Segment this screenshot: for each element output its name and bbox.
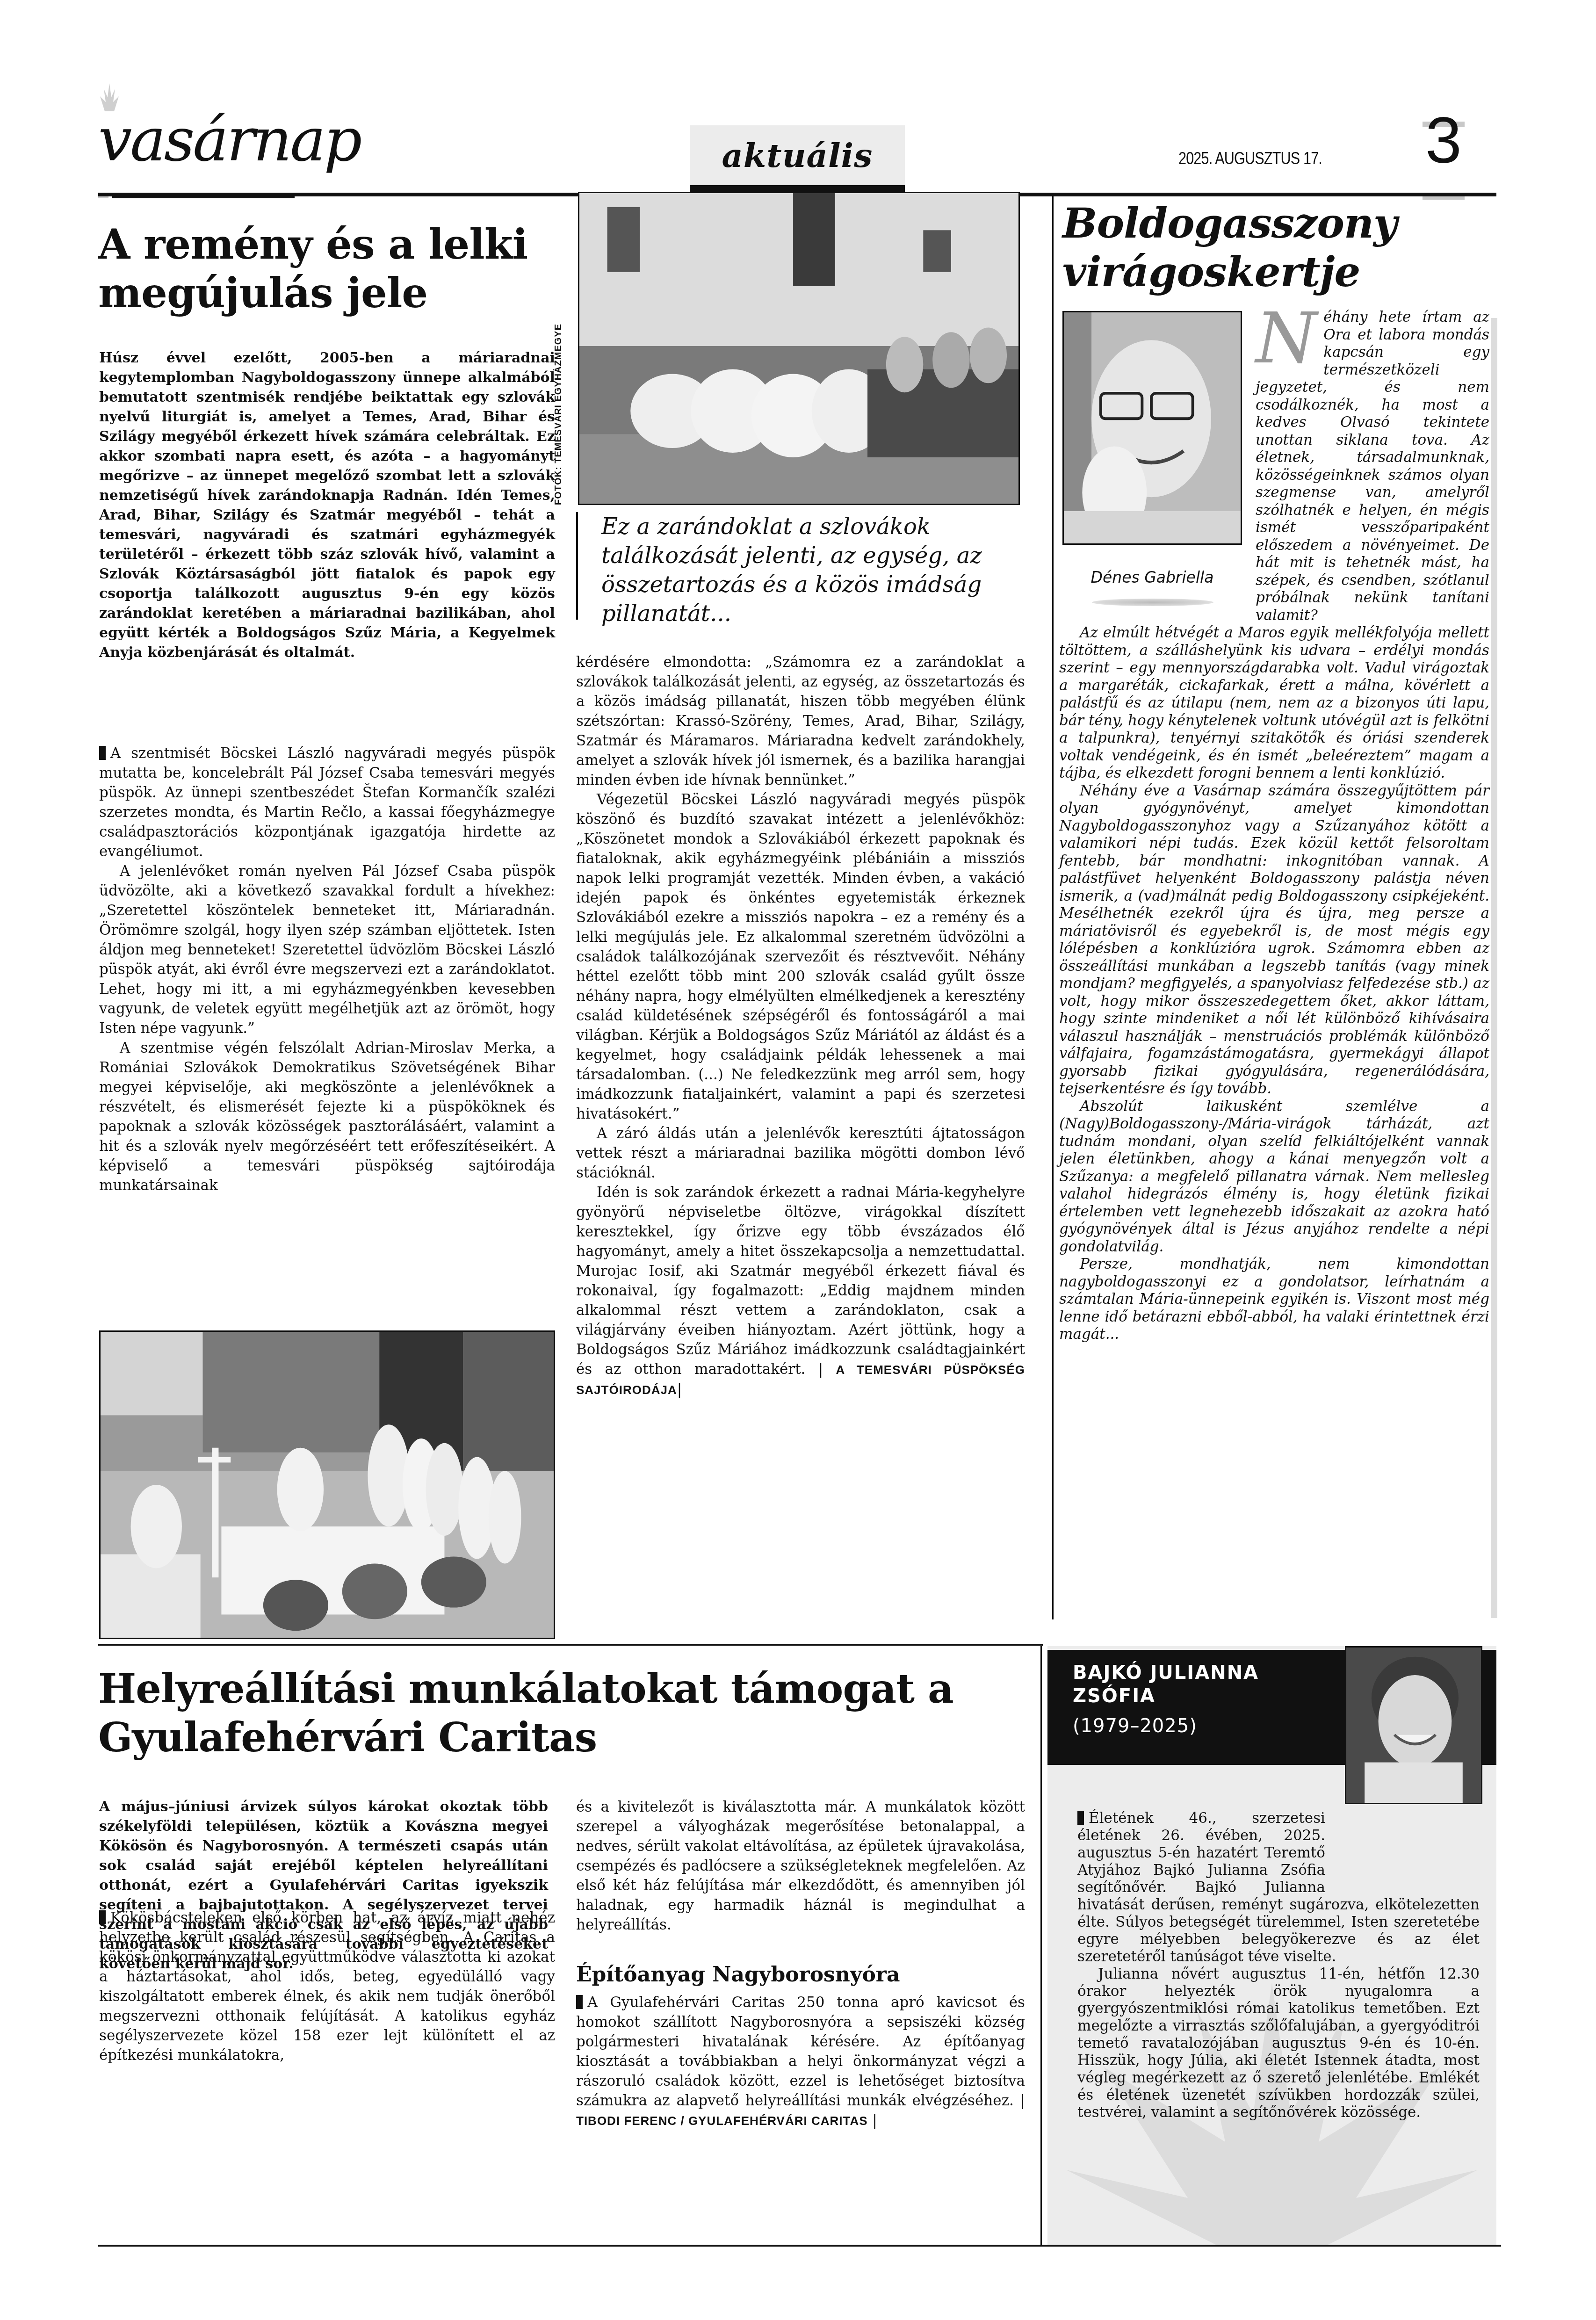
masthead: vasárnap aktuális 2025. AUGUSZTUS 17. 3	[98, 94, 1496, 201]
paragraph: és a kivitelezőt is kiválasztotta már. A…	[576, 1797, 1025, 1935]
paragraph: Abszolút laikusként szemlélve a (Nagy)Bo…	[1059, 1098, 1489, 1256]
photo-pilgrims-in-pews[interactable]	[578, 192, 1020, 505]
section-label: aktuális	[722, 136, 873, 175]
article-column-2: és a kivitelezőt is kiválasztotta már. A…	[576, 1797, 1025, 2131]
paragraph: kérdésére elmondotta: „Számomra ez a zar…	[576, 652, 1025, 790]
obituary-name: BAJKÓ JULIANNA ZSÓFIA	[1073, 1661, 1335, 1708]
obituary-body: Életének 46., szerzetesi életének 26. év…	[1077, 1810, 1480, 2121]
paragraph: Idén is sok zarándok érkezett a radnai M…	[576, 1183, 1025, 1400]
obituary-portrait[interactable]	[1345, 1646, 1482, 1804]
drop-cap: N	[1256, 311, 1317, 367]
paragraph: Persze, mondhatják, nem kimondottan nagy…	[1059, 1256, 1489, 1344]
photo-credit: FOTÓK: TEMESVÁRI EGYHÁZMEGYE	[553, 324, 564, 505]
paragraph: Végezetül Böcskei László nagyváradi megy…	[576, 790, 1025, 1124]
article-byline: TIBODI FERENC / GYULAFEHÉRVÁRI CARITAS	[576, 2114, 868, 2128]
paragraph-marker-icon	[99, 746, 106, 760]
obituary-years: (1979–2025)	[1073, 1715, 1197, 1737]
paragraph: A jelenlévőket román nyelven Pál József …	[99, 861, 555, 1038]
column-body: Néhány hete írtam az Ora et labora mondá…	[1059, 309, 1489, 1344]
paragraph: A szentmise végén felszólalt Adrian-Miro…	[99, 1038, 555, 1195]
pull-quote: Ez a zarándoklat a szlovákok találkozásá…	[576, 512, 1025, 620]
article-lead: Húsz évvel ezelőtt, 2005-ben a máriaradn…	[99, 348, 555, 663]
photo-mass-altar[interactable]	[99, 1330, 555, 1639]
article-headline: Helyreállítási munkálatokat támogat a Gy…	[98, 1665, 1010, 1762]
paragraph: A Gyulafehérvári Caritas 250 tonna apró …	[576, 1993, 1025, 2131]
obituary-box: BAJKÓ JULIANNA ZSÓFIA (1979–2025) Életén…	[1047, 1646, 1496, 2246]
footer-rule	[98, 2245, 1501, 2247]
issue-date: 2025. AUGUSZTUS 17.	[1178, 149, 1322, 168]
newspaper-logo[interactable]: vasárnap	[98, 103, 341, 178]
column-headline: Boldogasszony virágoskertje	[1062, 199, 1483, 296]
paragraph: A szentmisét Böcskei László nagyváradi m…	[99, 744, 555, 861]
column-accent-strip	[1491, 318, 1497, 1618]
page-number: 3	[1423, 103, 1465, 182]
paragraph: Kökösbácsteleken első körben hat, az árv…	[99, 1908, 555, 2065]
section-divider	[98, 1644, 1043, 1646]
paragraph-marker-icon	[1077, 1811, 1084, 1825]
paragraph: A záró áldás után a jelenlévők keresztút…	[576, 1124, 1025, 1183]
article-column-1: A szentmisét Böcskei László nagyváradi m…	[99, 744, 555, 1195]
paragraph: Az elmúlt hétvégét a Maros egyik mellékf…	[1059, 624, 1489, 782]
obituary-portrait-image	[1346, 1648, 1481, 1803]
mass-photo-image	[101, 1332, 554, 1638]
article-column-1: Kökösbácsteleken első körben hat, az árv…	[99, 1908, 555, 2065]
column-divider	[1040, 1646, 1042, 2246]
logo-text: vasárnap	[98, 103, 361, 178]
pilgrims-photo-image	[579, 193, 1018, 504]
paragraph: Julianna nővért augusztus 11-én, hétfőn …	[1077, 1966, 1480, 2121]
paragraph: Néhány éve a Vasárnap számára összegyűjt…	[1059, 782, 1489, 1098]
article-headline: A remény és a lelki megújulás jele	[98, 220, 561, 317]
paragraph-marker-icon	[576, 1995, 583, 2009]
paragraph-marker-icon	[99, 1910, 106, 1924]
article-column-2: kérdésére elmondotta: „Számomra ez a zar…	[576, 652, 1025, 1400]
section-tab[interactable]: aktuális	[690, 125, 905, 192]
article-subheading: Építőanyag Nagyborosnyóra	[576, 1961, 1025, 1989]
